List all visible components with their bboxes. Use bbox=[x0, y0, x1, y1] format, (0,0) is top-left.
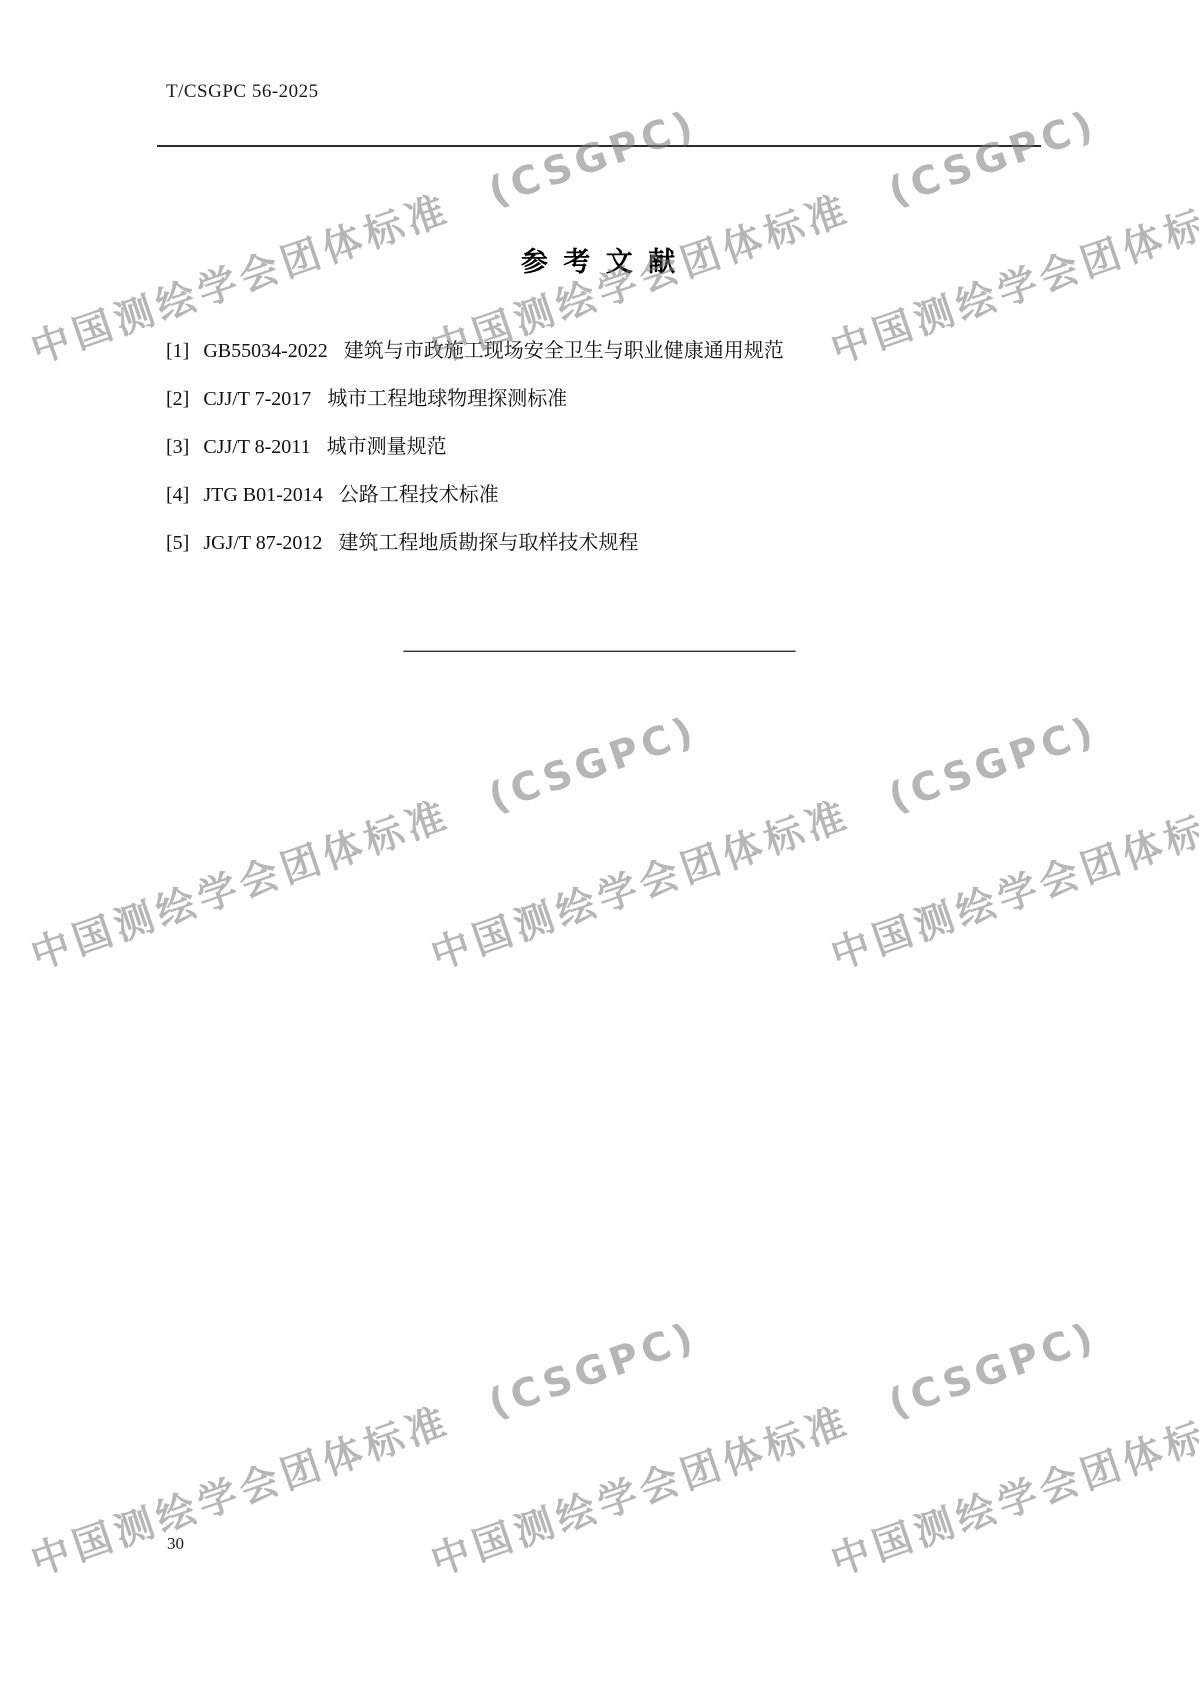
reference-list: [1]GB55034-2022建筑与市政施工现场安全卫生与职业健康通用规范 [2… bbox=[166, 337, 1099, 577]
end-of-document-separator: —————————————— bbox=[0, 634, 1199, 666]
standard-code-header: T/CSGPC 56-2025 bbox=[166, 81, 319, 103]
reference-number: [1] bbox=[166, 337, 189, 365]
reference-code: GB55034-2022 bbox=[203, 337, 327, 365]
document-page: T/CSGPC 56-2025 参 考 文 献 [1]GB55034-2022建… bbox=[0, 0, 1199, 1696]
reference-item: [5]JGJ/T 87-2012建筑工程地质勘探与取样技术规程 bbox=[166, 529, 1099, 557]
page-number: 30 bbox=[167, 1534, 184, 1554]
reference-number: [3] bbox=[166, 433, 189, 461]
reference-title: 建筑工程地质勘探与取样技术规程 bbox=[338, 529, 638, 557]
reference-code: JGJ/T 87-2012 bbox=[203, 529, 322, 557]
reference-title: 建筑与市政施工现场安全卫生与职业健康通用规范 bbox=[344, 337, 784, 365]
reference-item: [1]GB55034-2022建筑与市政施工现场安全卫生与职业健康通用规范 bbox=[166, 337, 1099, 365]
reference-item: [4]JTG B01-2014公路工程技术标准 bbox=[166, 481, 1099, 509]
reference-title: 公路工程技术标准 bbox=[339, 481, 499, 509]
reference-item: [3]CJJ/T 8-2011城市测量规范 bbox=[166, 433, 1099, 461]
page-content: T/CSGPC 56-2025 参 考 文 献 [1]GB55034-2022建… bbox=[0, 0, 1199, 1696]
reference-title: 城市测量规范 bbox=[327, 433, 447, 461]
header-divider bbox=[157, 145, 1041, 147]
reference-code: CJJ/T 8-2011 bbox=[203, 433, 310, 461]
reference-code: CJJ/T 7-2017 bbox=[203, 385, 311, 413]
reference-number: [5] bbox=[166, 529, 189, 557]
reference-item: [2]CJJ/T 7-2017城市工程地球物理探测标准 bbox=[166, 385, 1099, 413]
reference-code: JTG B01-2014 bbox=[203, 481, 322, 509]
reference-title: 城市工程地球物理探测标准 bbox=[327, 385, 567, 413]
reference-number: [4] bbox=[166, 481, 189, 509]
page-title: 参 考 文 献 bbox=[0, 240, 1199, 279]
reference-number: [2] bbox=[166, 385, 189, 413]
